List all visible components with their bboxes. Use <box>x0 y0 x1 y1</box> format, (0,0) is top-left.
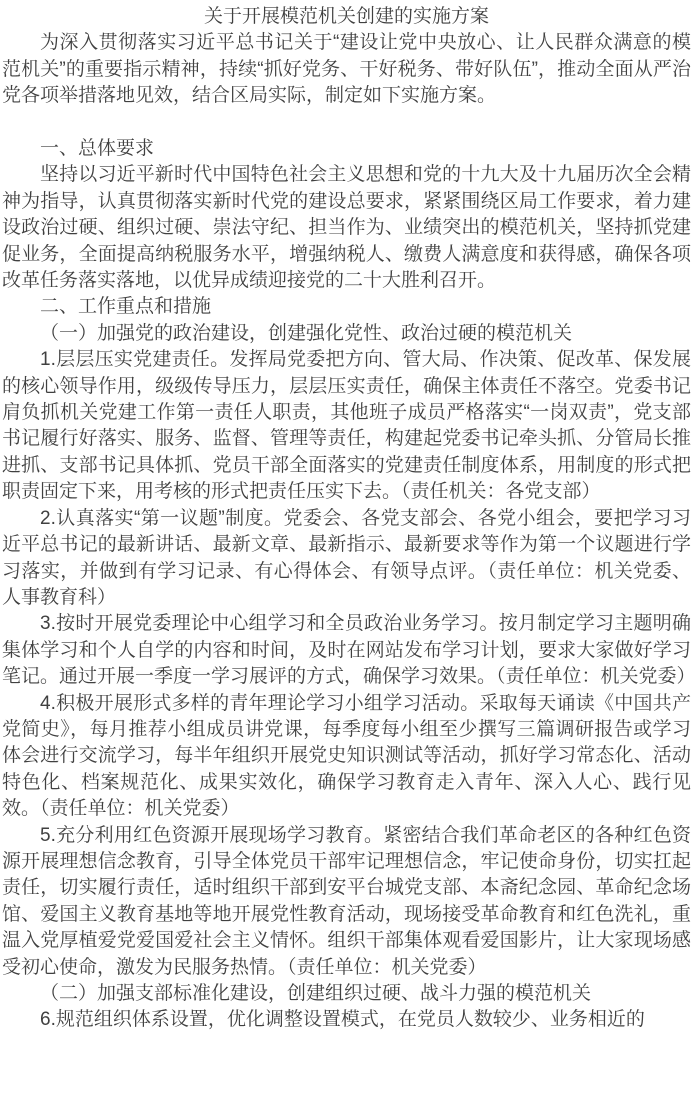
blank-line <box>2 110 691 136</box>
doc-title: 关于开展模范机关创建的实施方案 <box>2 4 691 30</box>
section-heading-1: 一、总体要求 <box>2 136 691 162</box>
paragraph: 2.认真落实“第一议题”制度。党委会、各党支部会、各党小组会，要把学习习近平总书… <box>2 506 691 612</box>
document-page: 关于开展模范机关创建的实施方案 为深入贯彻落实习近平总书记关于“建设让党中央放心… <box>0 0 693 1097</box>
intro-paragraph: 为深入贯彻落实习近平总书记关于“建设让党中央放心、让人民群众满意的模范机关”的重… <box>2 30 691 109</box>
paragraph: 3.按时开展党委理论中心组学习和全员政治业务学习。按月制定学习主题明确集体学习和… <box>2 611 691 690</box>
subsection-heading-1: （一）加强党的政治建设，创建强化党性、政治过硬的模范机关 <box>2 321 691 347</box>
section-heading-2: 二、工作重点和措施 <box>2 294 691 320</box>
paragraph: 5.充分利用红色资源开展现场学习教育。紧密结合我们革命老区的各种红色资源开展理想… <box>2 823 691 981</box>
paragraph: 坚持以习近平新时代中国特色社会主义思想和党的十九大及十九届历次全会精神为指导，认… <box>2 162 691 294</box>
paragraph-truncated: 6.规范组织体系设置，优化调整设置模式，在党员人数较少、业务相近的 <box>2 1007 691 1033</box>
paragraph: 1.层层压实党建责任。发挥局党委把方向、管大局、作决策、促改革、保发展的核心领导… <box>2 347 691 505</box>
subsection-heading-2: （二）加强支部标准化建设，创建组织过硬、战斗力强的模范机关 <box>2 981 691 1007</box>
paragraph: 4.积极开展形式多样的青年理论学习小组学习活动。采取每天诵读《中国共产党简史》，… <box>2 691 691 823</box>
